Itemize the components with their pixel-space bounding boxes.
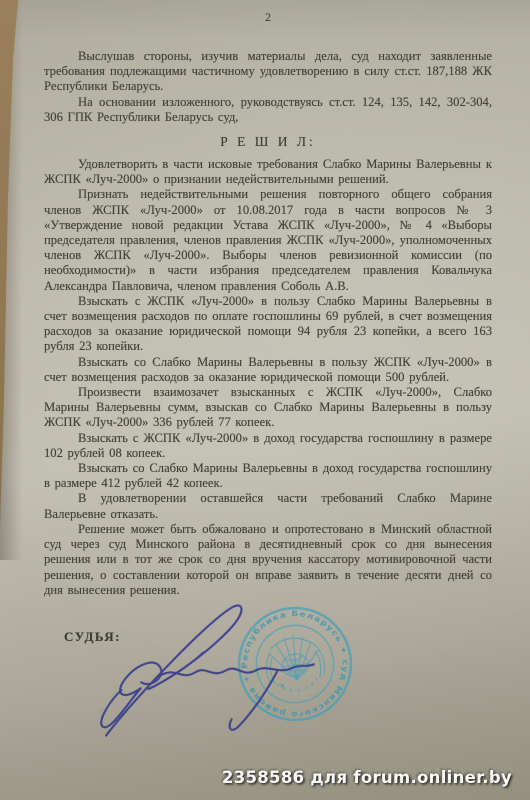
paragraph-resolution-5: Произвести взаимозачет взысканных с ЖСПК… <box>44 385 492 431</box>
resolution-heading: Р Е Ш И Л: <box>44 134 492 150</box>
paragraph-resolution-3: Взыскать с ЖСПК «Луч-2000» в пользу Слаб… <box>44 294 492 355</box>
paper-sheet: 2 Выслушав стороны, изучив материалы дел… <box>0 0 530 800</box>
watermark-text: 2358586 для forum.onliner.by <box>222 768 512 787</box>
paragraph-resolution-8: В удовлетворении оставшейся части требов… <box>44 491 492 521</box>
paragraph-legal-basis: На основании изложенного, руководствуясь… <box>44 95 492 125</box>
paper-edge-shadow <box>0 0 26 560</box>
paragraph-resolution-4: Взыскать со Слабко Марины Валерьевны в п… <box>44 355 492 385</box>
paragraph-resolution-6: Взыскать с ЖСПК «Луч-2000» в доход госуд… <box>44 431 492 461</box>
page-body: 2 Выслушав стороны, изучив материалы дел… <box>44 10 492 646</box>
document-photo: 2 Выслушав стороны, изучив материалы дел… <box>0 0 530 800</box>
paragraph-resolution-7: Взыскать со Слабко Марины Валерьевны в д… <box>44 461 492 491</box>
judge-signature-icon <box>83 590 332 756</box>
paragraph-appeal-terms: Решение может быть обжаловано и опротест… <box>44 522 492 598</box>
paragraph-resolution-2: Признать недействительными решения повто… <box>44 187 492 293</box>
paragraph-resolution-1: Удовлетворить в части исковые требования… <box>44 157 492 187</box>
page-number: 2 <box>44 10 492 25</box>
paragraph-findings: Выслушав стороны, изучив материалы дела,… <box>44 49 492 95</box>
